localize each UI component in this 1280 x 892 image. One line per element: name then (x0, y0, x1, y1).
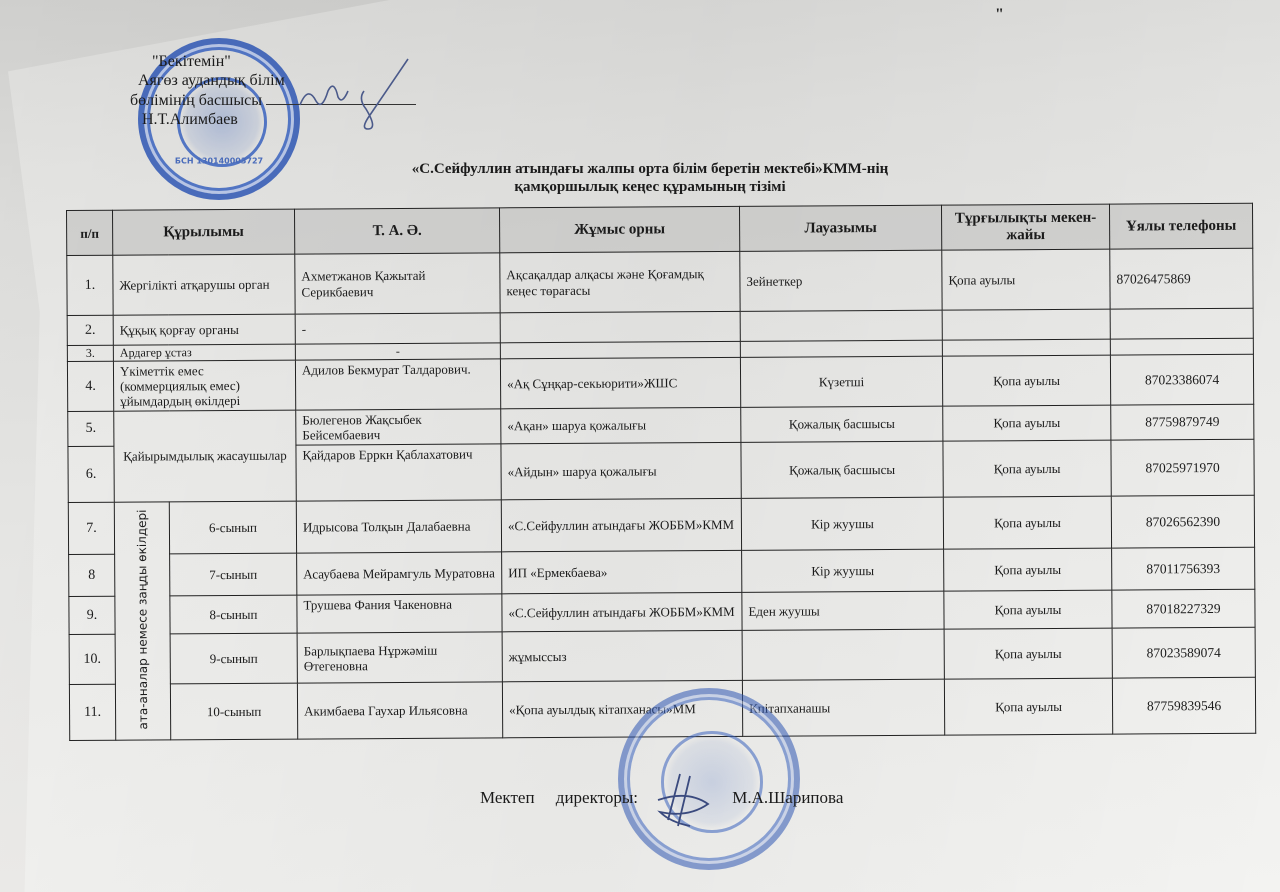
row-name: Ахметжанов Қажытай Серикбаевич (295, 253, 500, 314)
row-phone: 87018227329 (1112, 589, 1255, 628)
row-position (740, 310, 942, 341)
row-structure: 9-сынып (170, 633, 297, 684)
header-num: п/п (67, 210, 113, 255)
row-work: «Ақан» шаруа қожалығы (501, 407, 741, 443)
row-num: 6. (68, 446, 114, 502)
row-work (500, 311, 740, 342)
approval-block: "Бекітемін" Аягөз аудандық білім бөлімін… (130, 52, 416, 129)
row-address: Қопа ауылы (944, 628, 1112, 679)
row-address: Қопа ауылы (943, 405, 1111, 441)
table-header-row: п/п Құрылымы Т. А. Ә. Жұмыс орны Лауазым… (67, 203, 1253, 255)
row-work: ИП «Ермекбаева» (502, 550, 742, 593)
table-row: 10. 9-сынып Барлықпаева Нұржәміш Өтегено… (69, 627, 1255, 684)
row-phone (1110, 338, 1253, 355)
row-address: Қопа ауылы (943, 496, 1111, 549)
row-num: 7. (68, 502, 114, 554)
row-position: Қожалық басшысы (741, 441, 943, 498)
row-position: Қожалық басшысы (741, 406, 943, 442)
row-structure: 8-сынып (170, 595, 297, 634)
parents-group-text: ата-аналар немесе заңды өкілдері (135, 509, 150, 729)
row-work: Ақсақалдар алқасы және Қоғамдық кеңес тө… (500, 251, 740, 312)
table-row: 7. ата-аналар немесе заңды өкілдері 6-сы… (68, 495, 1254, 554)
row-num: 11. (69, 684, 115, 740)
row-phone: 87026562390 (1111, 495, 1254, 548)
header-address: Тұрғылықты мекен-жайы (941, 204, 1109, 250)
corner-mark: " (995, 6, 1004, 24)
table-row: 1. Жергілікті атқарушы орган Ахметжанов … (67, 248, 1253, 315)
charity-group-label: Қайырымдылық жасаушылар (114, 410, 297, 502)
council-members-table: п/п Құрылымы Т. А. Ә. Жұмыс орны Лауазым… (66, 203, 1256, 741)
header-workplace: Жұмыс орны (499, 206, 739, 252)
row-address: Қопа ауылы (944, 678, 1112, 735)
official-stamp-bottom (618, 688, 800, 870)
director-name: М.А.Шарипова (732, 788, 843, 807)
row-num: 3. (67, 345, 113, 361)
row-position: Зейнеткер (740, 250, 942, 311)
row-work: «Ақ Сұңқар-секьюрити»ЖШС (500, 357, 740, 408)
title-line-2: қамқоршылық кеңес құрамының тізімі (300, 178, 1000, 196)
approval-department: Аягөз аудандық білім (130, 71, 416, 90)
row-num: 1. (67, 255, 113, 315)
row-work: «Айдын» шаруа қожалығы (501, 442, 741, 499)
row-num: 2. (67, 315, 113, 345)
row-address: Қопа ауылы (944, 548, 1112, 591)
row-num: 8 (69, 554, 115, 596)
row-name: Қайдаров Ерркн Қаблахатович (296, 444, 501, 501)
parents-group-label: ата-аналар немесе заңды өкілдері (114, 502, 170, 740)
director-label: Мектеп директоры: (480, 788, 638, 807)
row-address: Қопа ауылы (944, 590, 1112, 629)
row-phone: 87023589074 (1112, 627, 1255, 678)
row-num: 5. (68, 411, 114, 446)
row-position: Кір жуушы (741, 497, 943, 550)
row-num: 4. (67, 361, 113, 411)
header-full-name: Т. А. Ә. (294, 208, 499, 254)
row-work: жұмыссыз (502, 630, 742, 681)
table-row: 8 7-сынып Асаубаева Мейрамгуль Муратовна… (69, 547, 1255, 596)
header-position: Лауазымы (739, 205, 941, 251)
approval-title: бөлімінің басшысы (130, 90, 416, 110)
row-name: Акимбаева Гаухар Ильясовна (297, 682, 502, 739)
row-address: Қопа ауылы (943, 440, 1111, 497)
row-name: - (295, 343, 500, 360)
row-structure: Құқық қорғау органы (113, 314, 295, 345)
row-address (942, 339, 1110, 356)
row-name: Идрысова Толқын Далабаевна (296, 500, 501, 553)
row-name: Адилов Бекмурат Талдарович. (295, 359, 500, 410)
approval-name: Н.Т.Алимбаев (130, 110, 416, 129)
document-title: «С.Сейфуллин атындағы жалпы орта білім б… (300, 160, 1000, 196)
row-name: - (295, 313, 500, 344)
row-phone: 87026475869 (1110, 248, 1253, 309)
row-phone: 87759839546 (1112, 677, 1255, 734)
signature-footer: Мектеп директоры: М.А.Шарипова (480, 788, 843, 808)
row-position: Кір жуушы (742, 549, 944, 592)
row-phone: 87759879749 (1111, 404, 1254, 440)
row-structure: Үкіметтік емес (коммерциялық емес) ұйымд… (113, 360, 295, 411)
approval-title-text: бөлімінің басшысы (130, 92, 262, 109)
row-phone: 87023386074 (1110, 354, 1253, 405)
row-name: Барлықпаева Нұржәміш Өтегеновна (297, 632, 502, 683)
stamp-bin-text: БСН 130140003727 (144, 157, 294, 166)
row-num: 10. (69, 634, 115, 684)
row-structure: Жергілікті атқарушы орган (113, 254, 295, 315)
table-row: 4. Үкіметтік емес (коммерциялық емес) ұй… (67, 354, 1253, 411)
header-structure: Құрылымы (113, 209, 295, 255)
emblem-icon (661, 731, 762, 832)
row-work: «С.Сейфуллин атындағы ЖОББМ»КММ (501, 498, 741, 551)
row-name: Бюлегенов Жақсыбек Бейсембаевич (296, 409, 501, 445)
row-structure: 10-сынып (170, 683, 297, 740)
row-phone (1110, 308, 1253, 339)
row-phone: 87011756393 (1112, 547, 1255, 590)
row-position (742, 629, 944, 680)
header-phone: Ұялы телефоны (1109, 203, 1252, 249)
approval-heading: "Бекітемін" (130, 52, 416, 71)
row-address: Қопа ауылы (942, 355, 1110, 406)
row-name: Асаубаева Мейрамгуль Муратовна (297, 552, 502, 595)
row-structure: 6-сынып (169, 501, 296, 554)
row-name: Трушева Фания Чакеновна (297, 594, 502, 633)
signature-line (266, 90, 416, 105)
row-work: «С.Сейфуллин атындағы ЖОББМ»КММ (502, 592, 742, 631)
row-structure: 7-сынып (170, 553, 297, 596)
row-position: Күзетші (740, 356, 942, 407)
row-phone: 87025971970 (1111, 439, 1254, 496)
title-line-1: «С.Сейфуллин атындағы жалпы орта білім б… (300, 160, 1000, 178)
row-position: Еден жуушы (742, 591, 944, 630)
row-work (500, 341, 740, 358)
row-address: Қопа ауылы (942, 249, 1110, 310)
row-address (942, 309, 1110, 340)
row-structure: Ардагер ұстаз (113, 344, 295, 361)
row-position (740, 340, 942, 357)
row-num: 9. (69, 596, 115, 634)
